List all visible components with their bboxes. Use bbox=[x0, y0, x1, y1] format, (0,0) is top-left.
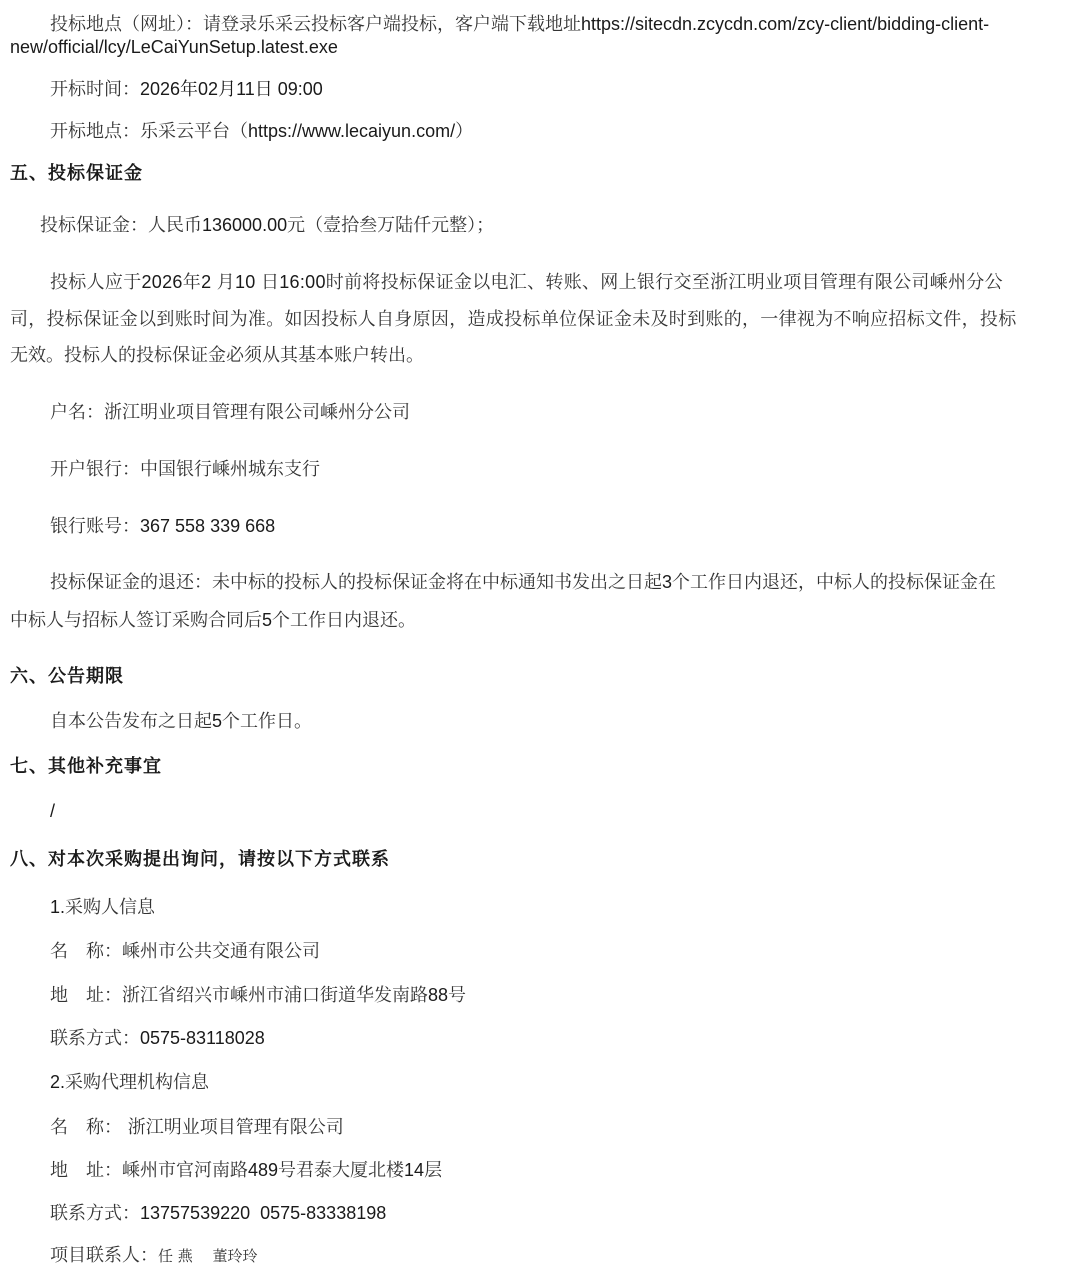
purchaser-name: 嵊州市公共交通有限公司 bbox=[122, 941, 320, 962]
number: 489 bbox=[248, 1160, 278, 1180]
opening-place-line: 开标地点：乐采云平台（https://www.lecaiyun.com/） bbox=[50, 119, 473, 144]
time: 16:00 bbox=[279, 272, 326, 292]
heading-text: 采购人信息 bbox=[65, 897, 155, 918]
refund-line2: 中标人与招标人签订采购合同后5个工作日内退还。 bbox=[10, 608, 416, 633]
account-no-line: 银行账号：367 558 339 668 bbox=[50, 514, 275, 539]
project-contact-label: 项目联系人： bbox=[50, 1245, 158, 1266]
text: 月 bbox=[217, 272, 235, 293]
account-name-label: 户名： bbox=[50, 402, 104, 423]
text: 个工作日内退还，中标人的投标保证金在 bbox=[672, 572, 996, 593]
purchaser-contact-label: 联系方式： bbox=[50, 1028, 140, 1049]
day: 10 bbox=[235, 272, 261, 292]
days: 5 bbox=[212, 711, 222, 731]
agency-contact-line: 联系方式：13757539220 0575-83338198 bbox=[50, 1201, 386, 1226]
account-name-line: 户名：浙江明业项目管理有限公司嵊州分公司 bbox=[50, 401, 410, 425]
purchaser-address-line: 地 址：浙江省绍兴市嵊州市浦口街道华发南路88号 bbox=[50, 983, 466, 1008]
text: 号 bbox=[448, 985, 466, 1006]
opening-place-link[interactable]: https://www.lecaiyun.com/ bbox=[248, 121, 455, 141]
agency-phone: 13757539220 0575-83338198 bbox=[140, 1203, 386, 1223]
section-title-bid-bond: 五、投标保证金 bbox=[10, 162, 143, 186]
opening-time-value: 2026年02月11日 09:00 bbox=[140, 79, 323, 99]
days: 3 bbox=[662, 572, 672, 592]
bank-label: 开户银行： bbox=[50, 459, 140, 480]
project-contact-line: 项目联系人：任 燕 董玲玲 bbox=[50, 1244, 258, 1268]
agency-name: 浙江明业项目管理有限公司 bbox=[122, 1117, 344, 1138]
text: 日 bbox=[261, 272, 279, 293]
text: 个工作日内退还。 bbox=[272, 610, 416, 631]
purchaser-name-line: 名 称：嵊州市公共交通有限公司 bbox=[50, 940, 320, 964]
text: 浙江省绍兴市嵊州市浦口街道华发南路 bbox=[122, 985, 428, 1006]
number: 14 bbox=[404, 1160, 424, 1180]
account-no-value: 367 558 339 668 bbox=[140, 516, 275, 536]
purchaser-heading: 1.采购人信息 bbox=[50, 895, 155, 920]
agency-address-label: 地 址： bbox=[50, 1160, 122, 1181]
bid-client-download-link-cont[interactable]: new/official/lcy/LeCaiYunSetup.latest.ex… bbox=[10, 37, 338, 57]
text: 中标人与招标人签订采购合同后 bbox=[10, 610, 262, 631]
purchaser-address-label: 地 址： bbox=[50, 985, 122, 1006]
section-title-other-matters: 七、其他补充事宜 bbox=[10, 755, 162, 779]
bid-location-url-continued: new/official/lcy/LeCaiYunSetup.latest.ex… bbox=[10, 35, 338, 60]
bond-para-line1: 投标人应于2026年2 月10 日16:00时前将投标保证金以电汇、转账、网上银… bbox=[50, 270, 1003, 295]
bank-line: 开户银行：中国银行嵊州城东支行 bbox=[50, 458, 320, 482]
purchaser-phone: 0575-83118028 bbox=[140, 1028, 265, 1048]
days: 5 bbox=[262, 610, 272, 630]
month: 2 bbox=[201, 272, 217, 292]
text: 号君泰大厦北楼 bbox=[278, 1160, 404, 1181]
purchaser-contact-line: 联系方式：0575-83118028 bbox=[50, 1026, 265, 1051]
bond-para-line3: 无效。投标人的投标保证金必须从其基本账户转出。 bbox=[10, 344, 424, 368]
opening-place-close: ） bbox=[455, 121, 473, 142]
project-contact-names: 任 燕 董玲玲 bbox=[158, 1247, 258, 1265]
text: 层 bbox=[424, 1160, 442, 1181]
bond-amount-suffix: 元（壹拾叁万陆仟元整）； bbox=[287, 215, 494, 236]
opening-time-label: 开标时间： bbox=[50, 79, 140, 100]
bond-amount-value: 136000.00 bbox=[202, 215, 287, 235]
heading-text: 采购代理机构信息 bbox=[65, 1072, 209, 1093]
bid-location-label: 投标地点（网址）：请登录乐采云投标客户端投标，客户端下载地址 bbox=[50, 14, 581, 35]
other-matters-text: / bbox=[50, 799, 55, 823]
bid-location-line: 投标地点（网址）：请登录乐采云投标客户端投标，客户端下载地址https://si… bbox=[50, 12, 989, 37]
heading-num: 1. bbox=[50, 897, 65, 917]
agency-name-line: 名 称： 浙江明业项目管理有限公司 bbox=[50, 1116, 344, 1140]
agency-contact-label: 联系方式： bbox=[50, 1203, 140, 1224]
opening-time-line: 开标时间：2026年02月11日 09:00 bbox=[50, 77, 323, 102]
section-title-contact: 八、对本次采购提出询问，请按以下方式联系 bbox=[10, 848, 390, 872]
text: 自本公告发布之日起 bbox=[50, 711, 212, 732]
account-no-label: 银行账号： bbox=[50, 516, 140, 537]
agency-address-line: 地 址：嵊州市官河南路489号君泰大厦北楼14层 bbox=[50, 1158, 442, 1183]
agency-name-label: 名 称： bbox=[50, 1117, 122, 1138]
text: 个工作日。 bbox=[222, 711, 312, 732]
bond-para-line2: 司，投标保证金以到账时间为准。如因投标人自身原因，造成投标单位保证金未及时到账的… bbox=[10, 308, 1017, 332]
notice-period-text: 自本公告发布之日起5个工作日。 bbox=[50, 709, 312, 734]
text: 投标人应于 bbox=[50, 272, 142, 293]
refund-line1: 投标保证金的退还：未中标的投标人的投标保证金将在中标通知书发出之日起3个工作日内… bbox=[50, 570, 996, 595]
number: 88 bbox=[428, 985, 448, 1005]
opening-place-label: 开标地点：乐采云平台（ bbox=[50, 121, 248, 142]
account-name-value: 浙江明业项目管理有限公司嵊州分公司 bbox=[104, 402, 410, 423]
agency-heading: 2.采购代理机构信息 bbox=[50, 1070, 209, 1095]
year: 2026 bbox=[142, 272, 183, 292]
purchaser-name-label: 名 称： bbox=[50, 941, 122, 962]
bond-amount-label: 投标保证金：人民币 bbox=[40, 215, 202, 236]
text: 年 bbox=[183, 272, 201, 293]
bid-client-download-link[interactable]: https://sitecdn.zcycdn.com/zcy-client/bi… bbox=[581, 14, 989, 34]
section-title-notice-period: 六、公告期限 bbox=[10, 665, 124, 689]
bond-amount-line: 投标保证金：人民币136000.00元（壹拾叁万陆仟元整）； bbox=[40, 213, 494, 238]
text: 投标保证金的退还：未中标的投标人的投标保证金将在中标通知书发出之日起 bbox=[50, 572, 662, 593]
bank-value: 中国银行嵊州城东支行 bbox=[140, 459, 320, 480]
text: 时前将投标保证金以电汇、转账、网上银行交至浙江明业项目管理有限公司嵊州分公 bbox=[326, 272, 1003, 293]
heading-num: 2. bbox=[50, 1072, 65, 1092]
text: 嵊州市官河南路 bbox=[122, 1160, 248, 1181]
